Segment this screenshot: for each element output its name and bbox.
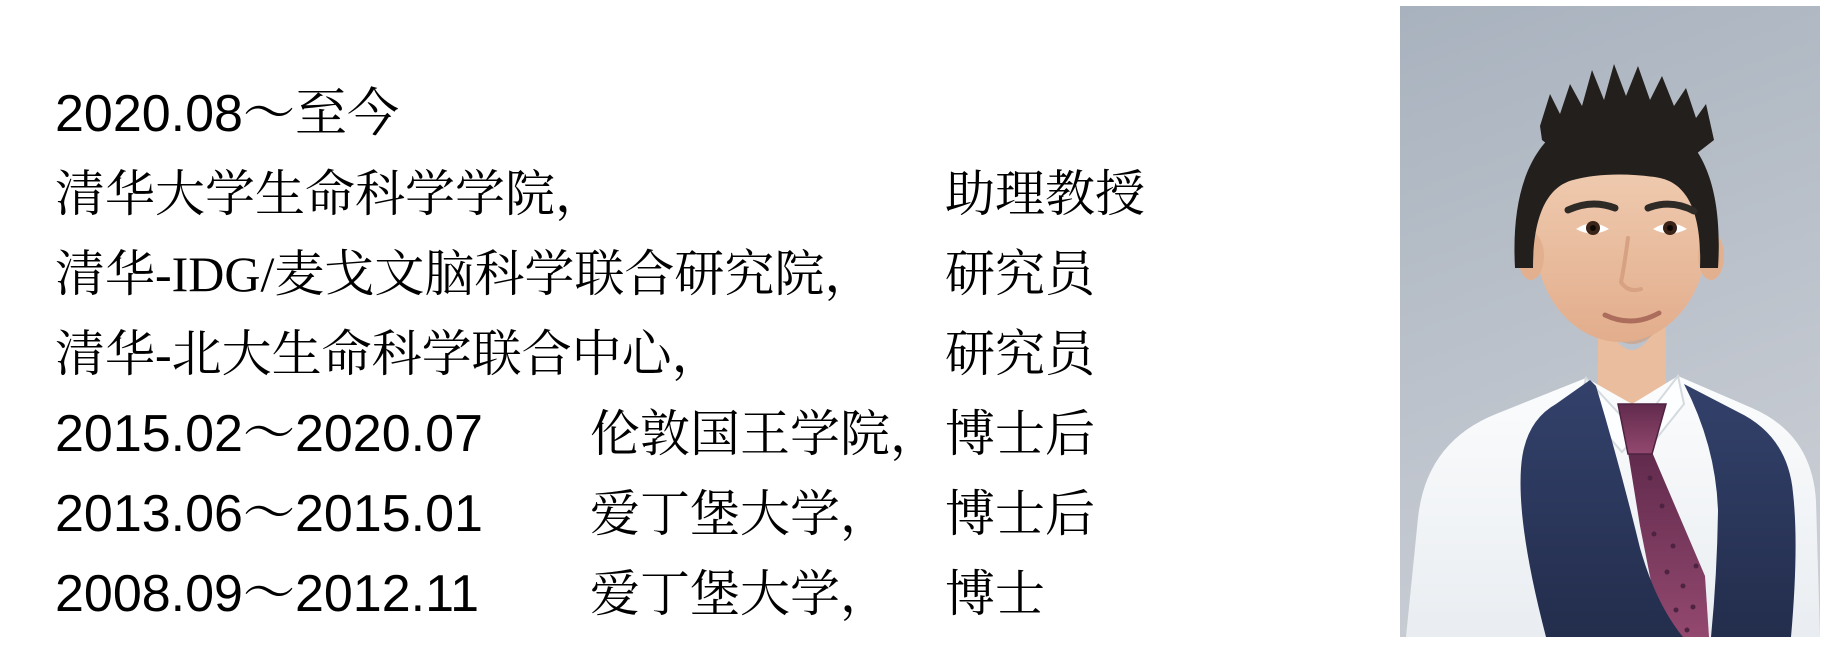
profile-photo — [1400, 6, 1820, 637]
left-eye-pupil — [1590, 225, 1596, 231]
position-cell: 博士 — [945, 554, 1145, 634]
experience-timeline: 2020.08～至今 清华大学生命科学学院， 助理教授 清华-IDG/麦戈文脑科… — [55, 74, 1145, 634]
position-cell: 助理教授 — [945, 154, 1145, 234]
institution-cell: 清华大学生命科学学院， — [55, 154, 945, 234]
right-eye-pupil — [1667, 225, 1673, 231]
position-cell: 博士后 — [945, 394, 1145, 474]
period-cell: 2020.08～至今 — [55, 74, 590, 154]
period-cell: 2008.09～2012.11 — [55, 554, 590, 634]
position-cell: 研究员 — [945, 314, 1145, 394]
position-cell: 博士后 — [945, 474, 1145, 554]
institution-cell: 爱丁堡大学， — [590, 554, 945, 634]
period-cell: 2013.06～2015.01 — [55, 474, 590, 554]
position-cell: 研究员 — [945, 234, 1145, 314]
period-cell: 2015.02～2020.07 — [55, 394, 590, 474]
page: 2020.08～至今 清华大学生命科学学院， 助理教授 清华-IDG/麦戈文脑科… — [0, 0, 1847, 672]
institution-cell: 清华-IDG/麦戈文脑科学联合研究院， — [55, 234, 945, 314]
institution-cell: 清华-北大生命科学联合中心， — [55, 314, 945, 394]
portrait-illustration — [1400, 6, 1820, 637]
institution-cell: 爱丁堡大学， — [590, 474, 945, 554]
institution-cell: 伦敦国王学院， — [590, 394, 945, 474]
